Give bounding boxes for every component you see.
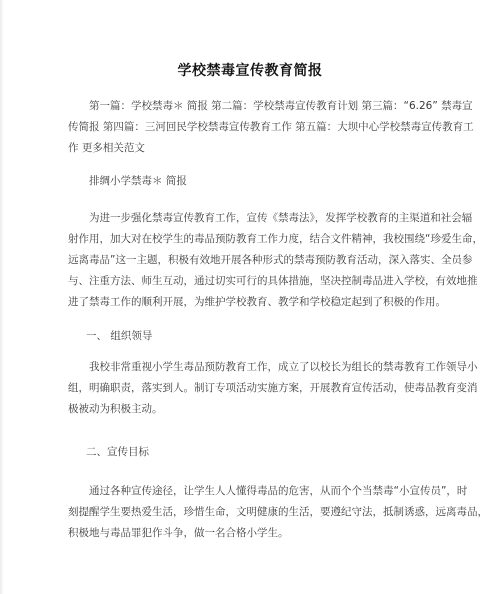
intro-paragraph: 为进一步强化禁毒宣传教育工作，宣传《禁毒法》，发挥学校教育的主渠道和社会辐 射作…	[68, 208, 448, 313]
table-of-contents: 第一篇：学校禁毒＊ 简报 第二篇：学校禁毒宣传教育计划 第三篇：“6.26” 禁…	[68, 96, 448, 159]
paragraph-line: 积极地与毒品罪犯作斗争，做一名合格小学生。	[68, 523, 448, 544]
document-title: 学校禁毒宣传教育简报	[0, 60, 500, 80]
section-heading-organization: 一、 组织领导	[86, 328, 152, 343]
paragraph-line: 极被动为积极主动。	[68, 399, 448, 420]
document-page: 学校禁毒宣传教育简报 第一篇：学校禁毒＊ 简报 第二篇：学校禁毒宣传教育计划 第…	[0, 0, 500, 594]
paragraph-line: 进了禁毒工作的顺利开展，为维护学校教育、教学和学校稳定起到了积极的作用。	[68, 292, 448, 313]
page-edge-shadow	[0, 0, 4, 594]
toc-line: 作 更多相关范文	[68, 138, 448, 159]
paragraph-line: 为进一步强化禁毒宣传教育工作，宣传《禁毒法》，发挥学校教育的主渠道和社会辐	[68, 208, 448, 229]
section-heading-goals: 二、宣传目标	[86, 444, 149, 459]
paragraph-line: 我校非常重视小学生毒品预防教育工作，成立了以校长为组长的禁毒教育工作领导小	[68, 357, 448, 378]
paragraph-line: 射作用，加大对在校学生的毒品预防教育工作力度，结合文件精神，我校围绕“珍爱生命，	[68, 229, 448, 250]
paragraph-line: 组，明确职责，落实到人。制订专项活动实施方案，开展教育宣传活动，使毒品教育变消	[68, 378, 448, 399]
paragraph-line: 通过各种宣传途径，让学生人人懂得毒品的危害，从而个个当禁毒“小宣传员”，时	[68, 481, 448, 502]
paragraph-line: 与、注重方法、师生互动，通过切实可行的具体措施，坚决控制毒品进入学校，有效地推	[68, 271, 448, 292]
paragraph-line: 远离毒品”这一主题，积极有效地开展各种形式的禁毒预防教育活动，深入落实、全员参	[68, 250, 448, 271]
goals-paragraph: 通过各种宣传途径，让学生人人懂得毒品的危害，从而个个当禁毒“小宣传员”，时 刻提…	[68, 481, 448, 544]
paragraph-line: 刻提醒学生要热爱生活，珍惜生命，文明健康的生活，要遵纪守法，抵制诱惑，远离毒品，	[68, 502, 448, 523]
toc-line: 传简报 第四篇：三河回民学校禁毒宣传教育工作 第五篇：大坝中心学校禁毒宣传教育工	[68, 117, 448, 138]
organization-paragraph: 我校非常重视小学生毒品预防教育工作，成立了以校长为组长的禁毒教育工作领导小 组，…	[68, 357, 448, 420]
toc-line: 第一篇：学校禁毒＊ 简报 第二篇：学校禁毒宣传教育计划 第三篇：“6.26” 禁…	[68, 96, 448, 117]
document-subtitle: 排绸小学禁毒＊ 简报	[89, 173, 187, 188]
